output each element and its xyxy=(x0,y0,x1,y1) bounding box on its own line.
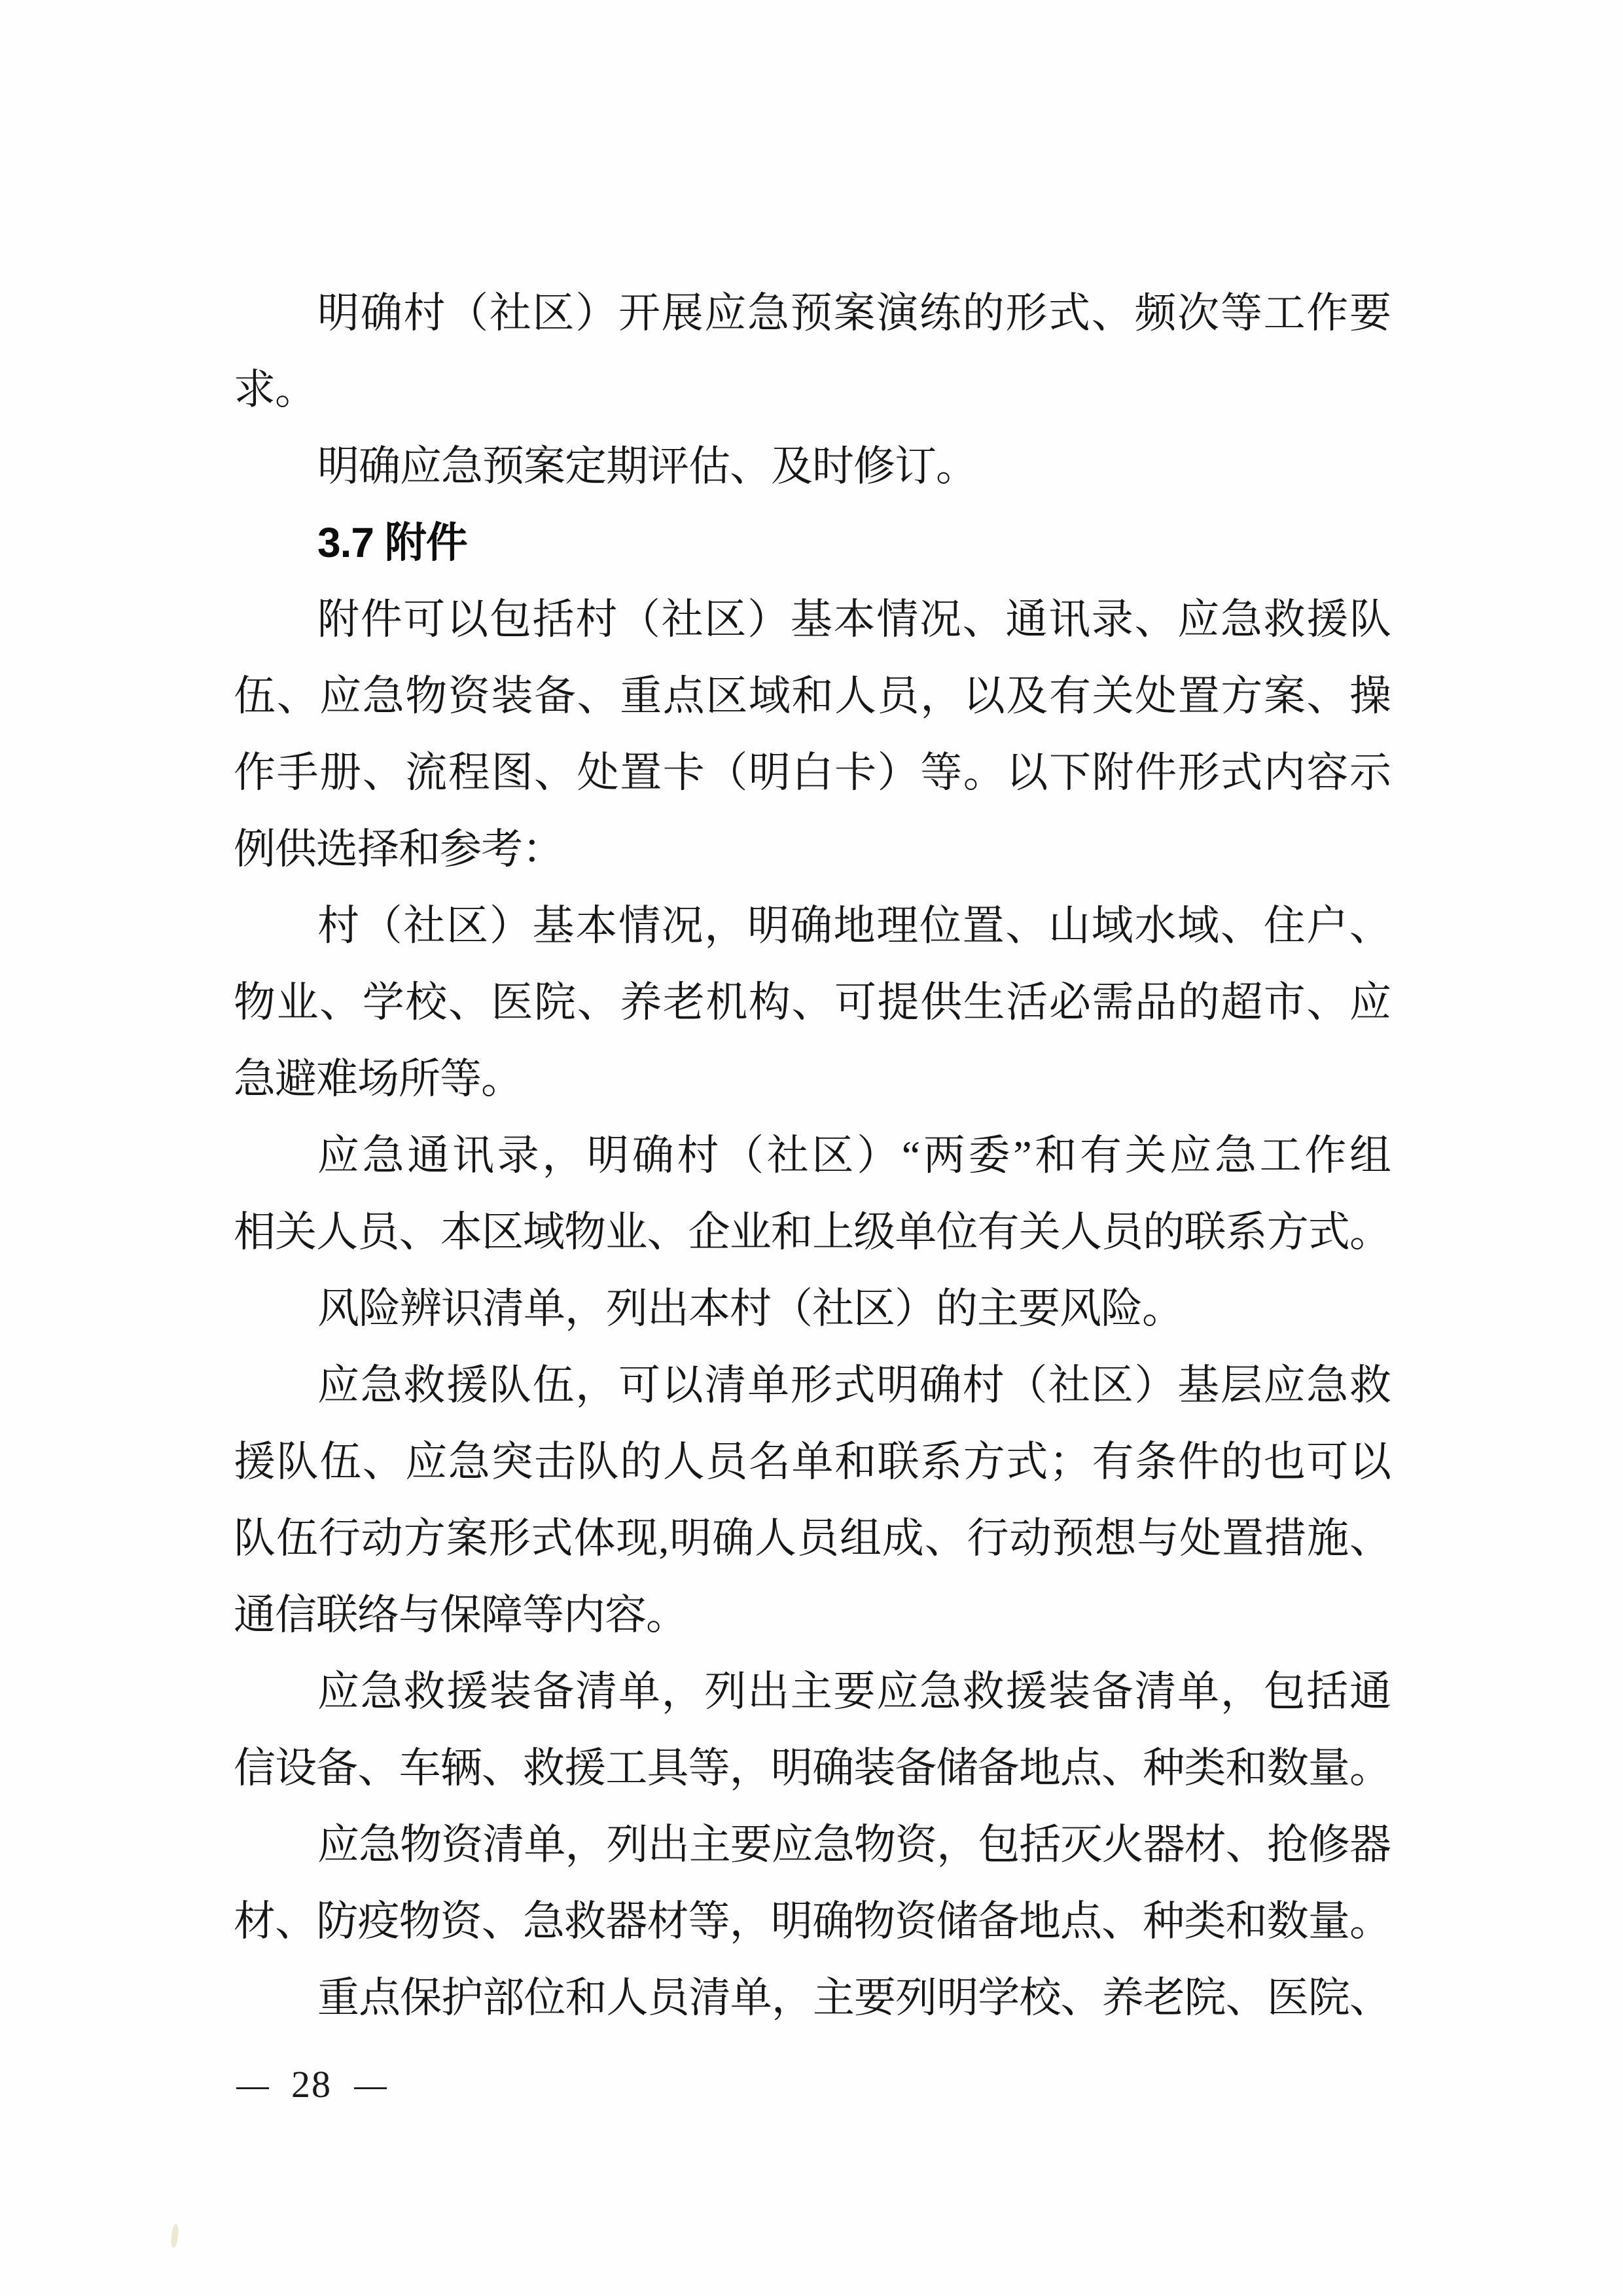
text-line-14: 风险辨识清单，列出本村（社区）的主要风险。 xyxy=(234,1270,1391,1347)
text-line-07: 作手册、流程图、处置卡（明白卡）等。以下附件形式内容示 xyxy=(234,734,1391,811)
document-page: 明确村（社区）开展应急预案演练的形式、频次等工作要 求。 明确应急预案定期评估、… xyxy=(0,0,1623,2296)
text-line-13: 相关人员、本区域物业、企业和上级单位有关人员的联系方式。 xyxy=(234,1194,1391,1270)
page-footer: —28— xyxy=(234,2055,389,2114)
document-body: 明确村（社区）开展应急预案演练的形式、频次等工作要 求。 明确应急预案定期评估、… xyxy=(234,275,1391,2036)
text-line-01: 明确村（社区）开展应急预案演练的形式、频次等工作要 xyxy=(234,275,1391,351)
text-line-17: 队伍行动方案形式体现,明确人员组成、行动预想与处置措施、 xyxy=(234,1500,1391,1577)
text-line-12: 应急通讯录，明确村（社区）“两委”和有关应急工作组 xyxy=(234,1117,1391,1194)
footer-right-dash: — xyxy=(354,2055,386,2114)
text-line-06: 伍、应急物资装备、重点区域和人员，以及有关处置方案、操 xyxy=(234,658,1391,734)
text-line-21: 应急物资清单，列出主要应急物资，包括灭火器材、抢修器 xyxy=(234,1806,1391,1883)
text-line-02: 求。 xyxy=(234,351,1391,428)
text-line-08: 例供选择和参考： xyxy=(234,811,1391,888)
text-line-16: 援队伍、应急突击队的人员名单和联系方式；有条件的也可以 xyxy=(234,1424,1391,1500)
page-number: 28 xyxy=(291,2055,332,2114)
text-line-15: 应急救援队伍，可以清单形式明确村（社区）基层应急救 xyxy=(234,1347,1391,1424)
section-heading-3-7: 3.7 附件 xyxy=(234,505,1391,581)
text-line-19: 应急救援装备清单，列出主要应急救援装备清单，包括通 xyxy=(234,1653,1391,1730)
scan-artifact-speck xyxy=(170,2224,179,2248)
text-line-03: 明确应急预案定期评估、及时修订。 xyxy=(234,428,1391,505)
footer-left-dash: — xyxy=(236,2055,268,2114)
text-line-11: 急避难场所等。 xyxy=(234,1041,1391,1117)
text-line-10: 物业、学校、医院、养老机构、可提供生活必需品的超市、应 xyxy=(234,964,1391,1041)
text-line-20: 信设备、车辆、救援工具等，明确装备储备地点、种类和数量。 xyxy=(234,1730,1391,1806)
text-line-18: 通信联络与保障等内容。 xyxy=(234,1577,1391,1653)
text-line-23: 重点保护部位和人员清单，主要列明学校、养老院、医院、 xyxy=(234,1960,1391,2036)
text-line-05: 附件可以包括村（社区）基本情况、通讯录、应急救援队 xyxy=(234,581,1391,658)
text-line-22: 材、防疫物资、急救器材等，明确物资储备地点、种类和数量。 xyxy=(234,1883,1391,1960)
text-line-09: 村（社区）基本情况，明确地理位置、山域水域、住户、 xyxy=(234,888,1391,964)
